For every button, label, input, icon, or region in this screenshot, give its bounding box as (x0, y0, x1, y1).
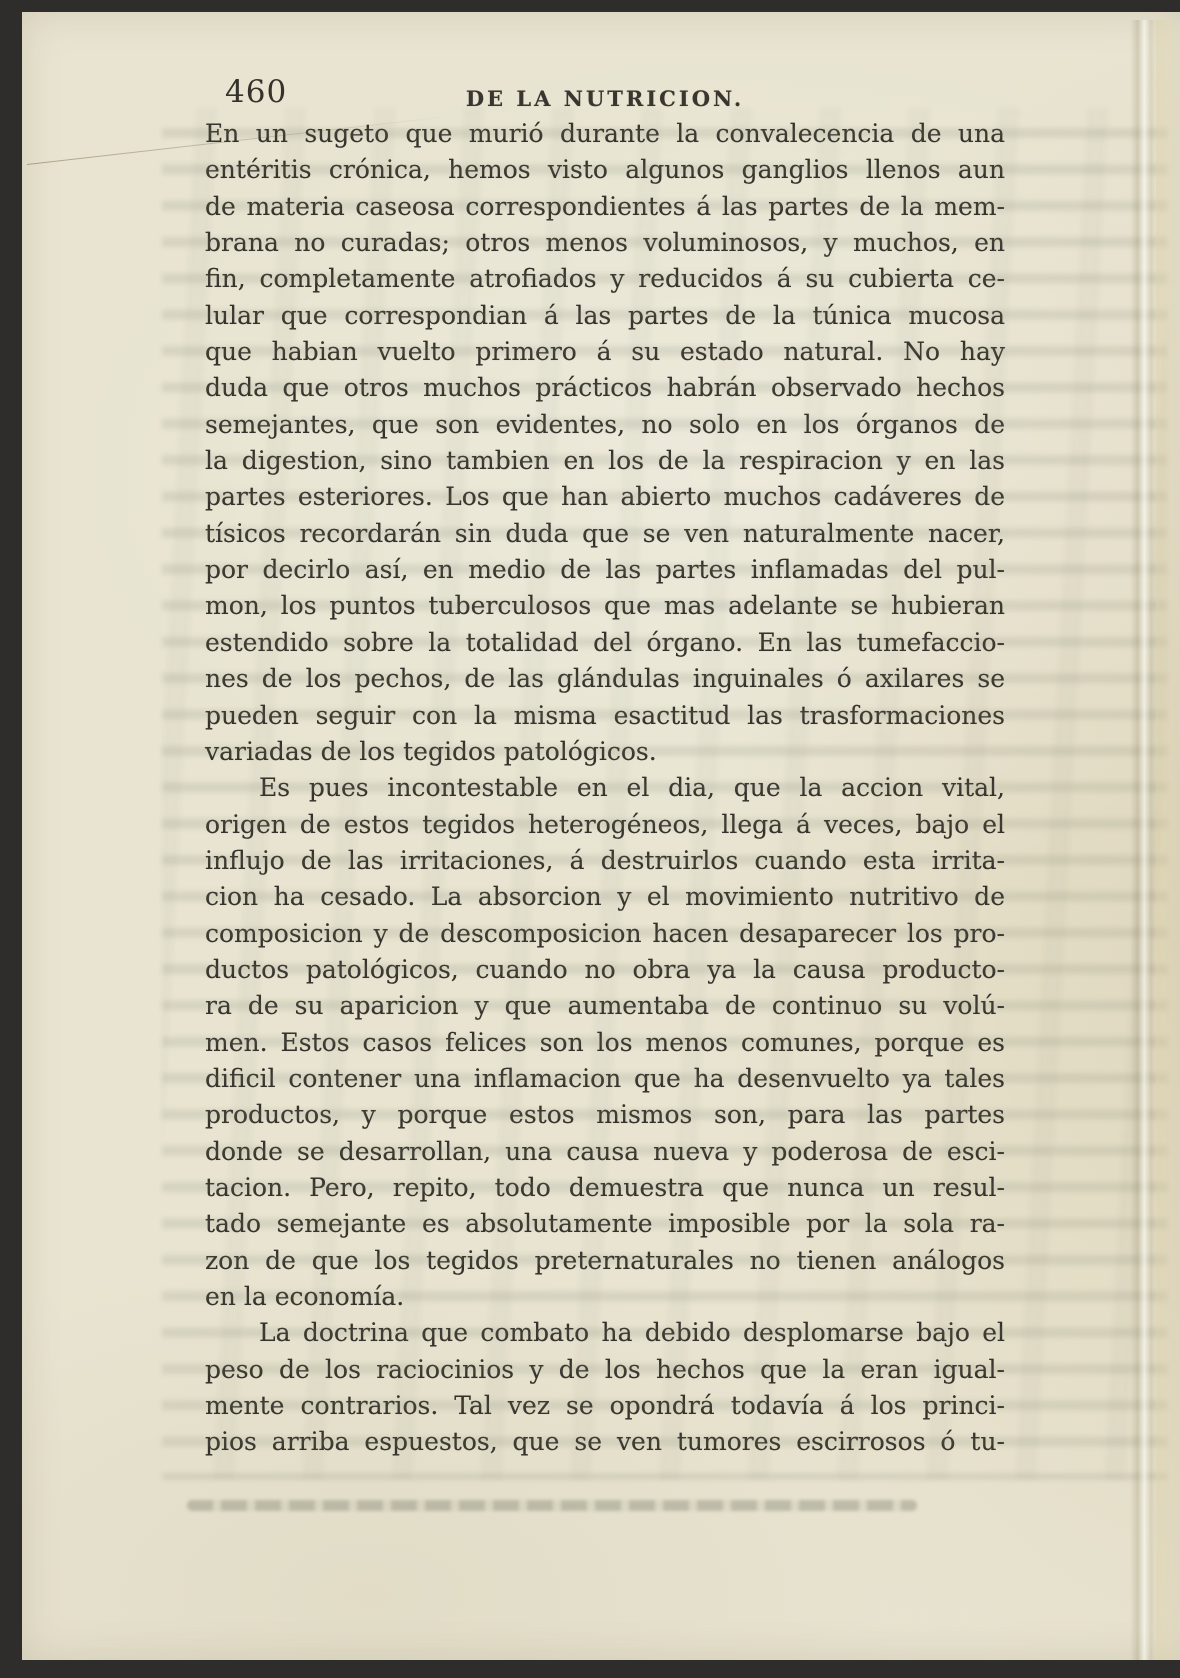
body-text: En un sugeto que murió durante la conval… (205, 116, 1005, 1461)
text-line: peso de los raciocinios y de los hechos … (205, 1352, 1005, 1388)
text-line: cion ha cesado. La absorcion y el movimi… (205, 879, 1005, 915)
text-line: lular que correspondian á las partes de … (205, 298, 1005, 334)
text-line: en la economía. (205, 1279, 1005, 1315)
text-line: En un sugeto que murió durante la conval… (205, 116, 1005, 152)
text-line: productos, y porque estos mismos son, pa… (205, 1097, 1005, 1133)
text-line: dificil contener una inflamacion que ha … (205, 1061, 1005, 1097)
text-line: zon de que los tegidos preternaturales n… (205, 1243, 1005, 1279)
text-line: La doctrina que combato ha debido desplo… (205, 1315, 1005, 1351)
text-line: partes esteriores. Los que han abierto m… (205, 479, 1005, 515)
text-line: mente contrarios. Tal vez se opondrá tod… (205, 1388, 1005, 1424)
text-line: origen de estos tegidos heterogéneos, ll… (205, 807, 1005, 843)
text-line: tacion. Pero, repito, todo demuestra que… (205, 1170, 1005, 1206)
text-line: ra de su aparicion y que aumentaba de co… (205, 988, 1005, 1024)
text-line: la digestion, sino tambien en los de la … (205, 443, 1005, 479)
text-line: variadas de los tegidos patológicos. (205, 734, 1005, 770)
book-page: 460 DE LA NUTRICION. En un sugeto que mu… (22, 12, 1180, 1660)
page-fold (1130, 20, 1156, 1660)
text-line: nes de los pechos, de las glándulas ingu… (205, 661, 1005, 697)
text-line: estendido sobre la totalidad del órgano.… (205, 625, 1005, 661)
text-line: semejantes, que son evidentes, no solo e… (205, 407, 1005, 443)
text-line: mon, los puntos tuberculosos que mas ade… (205, 588, 1005, 624)
text-line: que habian vuelto primero á su estado na… (205, 334, 1005, 370)
text-line: pios arriba espuestos, que se ven tumore… (205, 1424, 1005, 1460)
text-line: pueden seguir con la misma esactitud las… (205, 698, 1005, 734)
text-line: de materia caseosa correspondientes á la… (205, 189, 1005, 225)
text-line: Es pues incontestable en el dia, que la … (205, 770, 1005, 806)
text-line: ductos patológicos, cuando no obra ya la… (205, 952, 1005, 988)
show-through-footnote (187, 1500, 917, 1511)
text-line: donde se desarrollan, una causa nueva y … (205, 1134, 1005, 1170)
text-line: fin, completamente atrofiados y reducido… (205, 261, 1005, 297)
text-line: tado semejante es absolutamente imposibl… (205, 1206, 1005, 1242)
text-line: composicion y de descomposicion hacen de… (205, 916, 1005, 952)
page-fold-edge (1156, 20, 1180, 1660)
text-line: por decirlo así, en medio de las partes … (205, 552, 1005, 588)
text-line: influjo de las irritaciones, á destruirl… (205, 843, 1005, 879)
scan-background-edge (920, 0, 1180, 10)
running-title: DE LA NUTRICION. (205, 86, 1005, 111)
page-header: 460 DE LA NUTRICION. (205, 74, 1005, 116)
text-line: entéritis crónica, hemos visto algunos g… (205, 152, 1005, 188)
text-line: duda que otros muchos prácticos habrán o… (205, 370, 1005, 406)
text-line: brana no curadas; otros menos voluminoso… (205, 225, 1005, 261)
text-line: men. Estos casos felices son los menos c… (205, 1025, 1005, 1061)
text-line: tísicos recordarán sin duda que se ven n… (205, 516, 1005, 552)
